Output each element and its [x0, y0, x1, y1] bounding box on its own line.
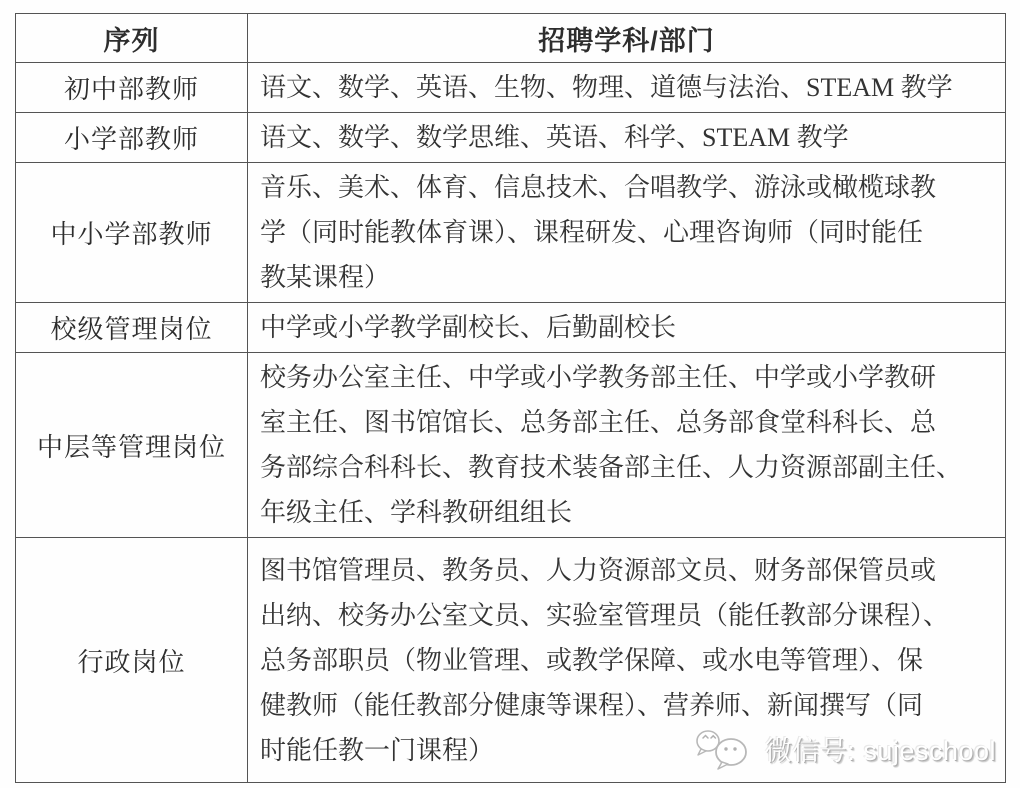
category-cell: 初中部教师 [16, 63, 248, 113]
category-cell: 中层等管理岗位 [16, 353, 248, 538]
table-row: 中小学部教师 音乐、美术、体育、信息技术、合唱教学、游泳或橄榄球教 学（同时能教… [16, 163, 1006, 303]
wechat-id-label: 微信号: sujeschool [765, 729, 996, 768]
category-cell: 小学部教师 [16, 113, 248, 163]
detail-cell: 音乐、美术、体育、信息技术、合唱教学、游泳或橄榄球教 学（同时能教体育课）、课程… [248, 163, 1006, 303]
table-row: 初中部教师 语文、数学、英语、生物、物理、道德与法治、STEAM 教学 [16, 63, 1006, 113]
detail-cell: 中学或小学教学副校长、后勤副校长 [248, 303, 1006, 353]
wechat-icon [693, 726, 757, 770]
table-row: 小学部教师 语文、数学、数学思维、英语、科学、STEAM 教学 [16, 113, 1006, 163]
column-header-subjects: 招聘学科/部门 [248, 14, 1006, 63]
detail-cell: 语文、数学、英语、生物、物理、道德与法治、STEAM 教学 [248, 63, 1006, 113]
screenshot-root: 序列 招聘学科/部门 初中部教师 语文、数学、英语、生物、物理、道德与法治、ST… [0, 0, 1020, 788]
column-header-sequence: 序列 [16, 14, 248, 63]
table-row: 中层等管理岗位 校务办公室主任、中学或小学教务部主任、中学或小学教研 室主任、图… [16, 353, 1006, 538]
wechat-watermark: 微信号: sujeschool [693, 726, 996, 770]
header-row: 序列 招聘学科/部门 [16, 14, 1006, 63]
detail-cell: 校务办公室主任、中学或小学教务部主任、中学或小学教研 室主任、图书馆馆长、总务部… [248, 353, 1006, 538]
table-row: 校级管理岗位 中学或小学教学副校长、后勤副校长 [16, 303, 1006, 353]
category-cell: 行政岗位 [16, 538, 248, 783]
category-cell: 中小学部教师 [16, 163, 248, 303]
category-cell: 校级管理岗位 [16, 303, 248, 353]
recruitment-table: 序列 招聘学科/部门 初中部教师 语文、数学、英语、生物、物理、道德与法治、ST… [15, 13, 1006, 783]
detail-cell: 语文、数学、数学思维、英语、科学、STEAM 教学 [248, 113, 1006, 163]
